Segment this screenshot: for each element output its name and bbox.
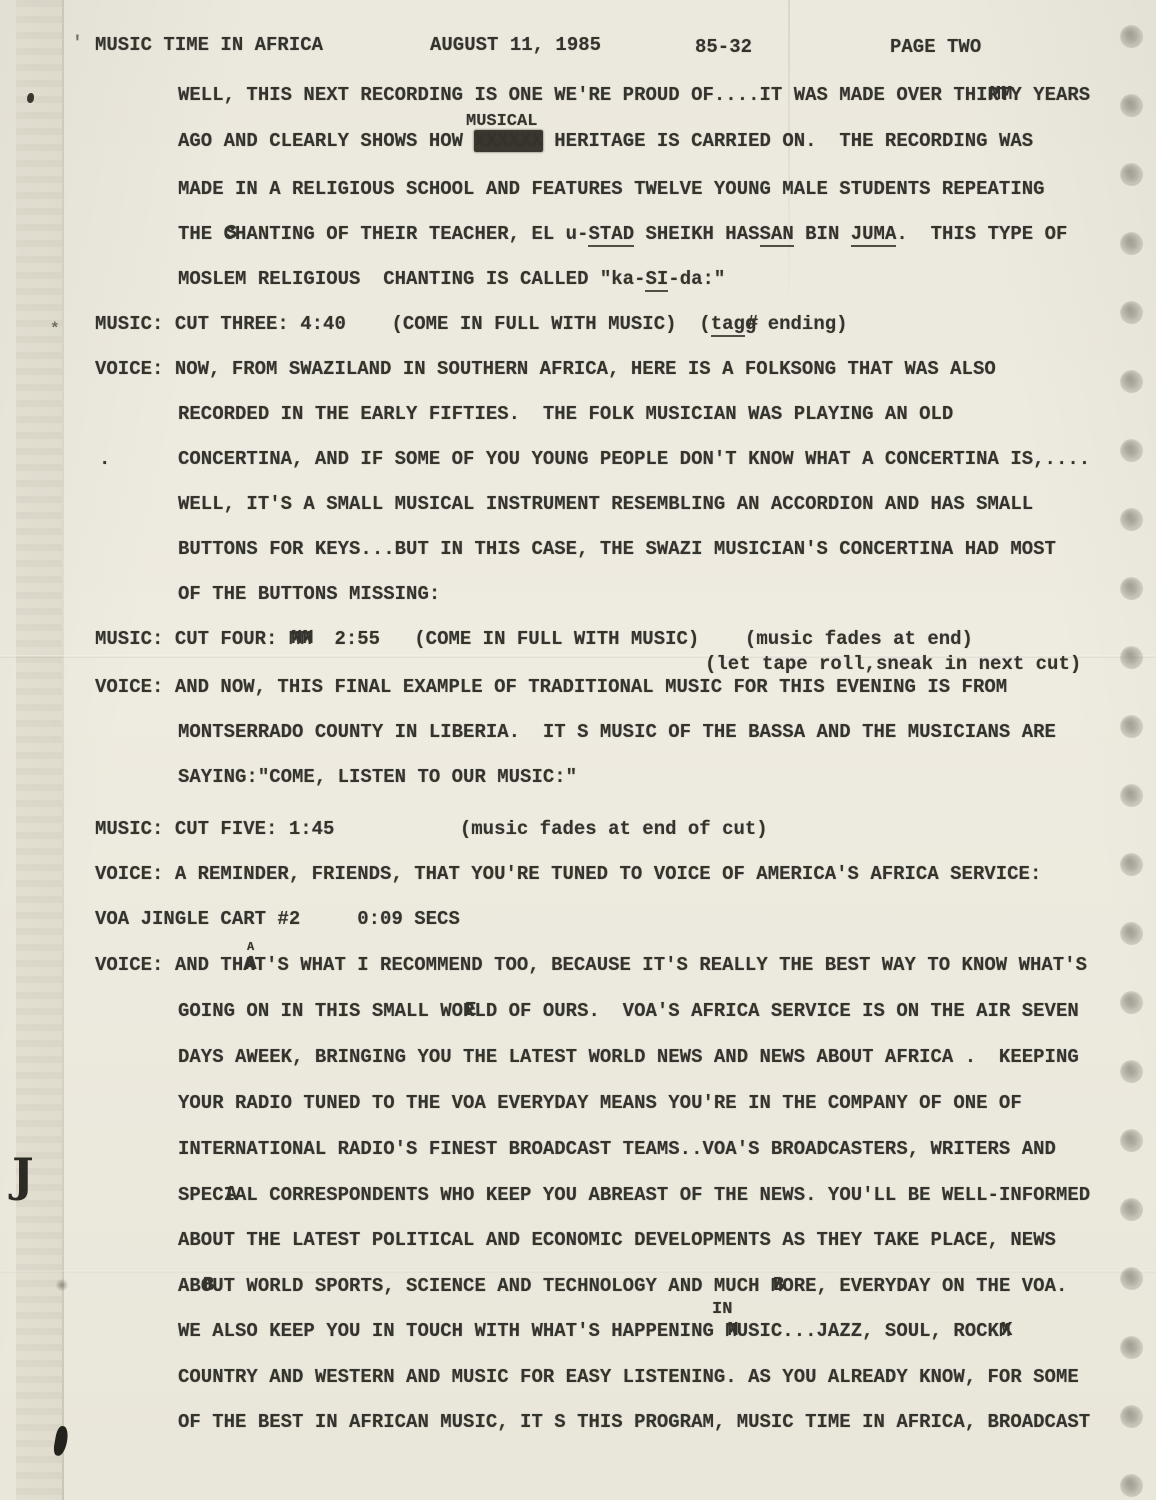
punch-hole [1120, 1405, 1143, 1428]
typed-text: MUSIC: CUT FIVE: 1:45 (music fades at en… [95, 818, 768, 840]
typed-text: THE [178, 223, 224, 245]
punch-hole [1120, 1060, 1143, 1083]
ink-mark: * [50, 320, 60, 338]
typed-line: INTERNATIONAL RADIO'S FINEST BROADCAST T… [178, 1138, 1056, 1160]
typed-line: VOICE: NOW, FROM SWAZILAND IN SOUTHERN A… [95, 358, 996, 380]
typed-text: WELL, IT'S A SMALL MUSICAL INSTRUMENT RE… [178, 493, 1033, 515]
typed-line: VOICE: AND NOW, THIS FINAL EXAMPLE OF TR… [95, 676, 1007, 698]
typed-line: MONTSERRADO COUNTY IN LIBERIA. IT S MUSI… [178, 721, 1056, 743]
binding-edge-strip [16, 0, 62, 1500]
header-script-number: 85-32 [695, 36, 752, 58]
typed-line: THE CHANTING OF THEIR TEACHER, EL u-STAD… [178, 223, 1067, 245]
underlined-text: SI [645, 268, 668, 292]
typed-text: RECORDED IN THE EARLY FIFTIES. THE FOLK … [178, 403, 953, 425]
typed-text: . [99, 448, 110, 470]
typed-text: YOUR RADIO TUNED TO THE VOA EVERYDAY MEA… [178, 1092, 1022, 1114]
punch-hole [1120, 94, 1143, 117]
typed-line: VOICE: A REMINDER, FRIENDS, THAT YOU'RE … [95, 863, 1041, 885]
overstruck-text: RT [988, 84, 1011, 106]
underlined-text: SAN [760, 223, 794, 247]
overstruck-text: R [463, 1000, 474, 1022]
typed-text: INTERNATIONAL RADIO'S FINEST BROADCAST T… [178, 1138, 1056, 1160]
underlined-text: tag [711, 313, 745, 337]
vertical-crease [788, 0, 790, 320]
overstruck-text: C [224, 223, 235, 245]
typed-text: ORE, EVERYDAY ON THE VOA. [782, 1275, 1067, 1297]
typed-insertion: A [247, 941, 254, 953]
typed-text: ABOUT THE LATEST POLITICAL AND ECONOMIC … [178, 1229, 1056, 1251]
overstruck-text: O [201, 1275, 212, 1297]
typed-text: GOING ON IN THIS SMALL WO [178, 1000, 463, 1022]
typed-line: OF THE BUTTONS MISSING: [178, 583, 440, 605]
typed-line: AGO AND CLEARLY SHOWS HOW XXXXXX HERITAG… [178, 130, 1033, 152]
typed-text: VOICE: AND NOW, THIS FINAL EXAMPLE OF TR… [95, 676, 1007, 698]
typed-text: HERITAGE IS CARRIED ON. THE RECORDING WA… [543, 130, 1033, 152]
overstruck-text: MM [289, 628, 312, 650]
typed-line: MADE IN A RELIGIOUS SCHOOL AND FEATURES … [178, 178, 1045, 200]
typed-line: SAYING:"COME, LISTEN TO OUR MUSIC:" [178, 766, 577, 788]
typed-line: BUTTONS FOR KEYS...BUT IN THIS CASE, THE… [178, 538, 1056, 560]
typed-text: USIC...JAZZ, SOUL, ROCK [737, 1320, 999, 1342]
typed-text: VOICE: AND TH [95, 954, 243, 976]
overstruck-text: M [771, 1275, 782, 1297]
typed-text: UT WORLD SPORTS, SCIENCE AND TECHNOLOGY … [212, 1275, 771, 1297]
punch-hole [1120, 1336, 1143, 1359]
punch-hole [1120, 25, 1143, 48]
typed-text: MUSIC: CUT FOUR: [95, 628, 289, 650]
typed-text: MADE IN A RELIGIOUS SCHOOL AND FEATURES … [178, 178, 1045, 200]
typed-insertion: MUSICAL [466, 113, 537, 131]
typed-line: GOING ON IN THIS SMALL WORLD OF OURS. VO… [178, 1000, 1079, 1022]
typed-line: MUSIC: CUT FIVE: 1:45 (music fades at en… [95, 818, 768, 840]
punch-hole [1120, 1267, 1143, 1290]
typed-text: CONCERTINA, AND IF SOME OF YOU YOUNG PEO… [178, 448, 1090, 470]
typed-text: MUSICAL [466, 112, 537, 131]
typed-text: Y YEARS [1010, 84, 1090, 106]
typed-line: YOUR RADIO TUNED TO THE VOA EVERYDAY MEA… [178, 1092, 1022, 1114]
typed-line: MOSLEM RELIGIOUS CHANTING IS CALLED "ka-… [178, 268, 725, 290]
typed-line: WE ALSO KEEP YOU IN TOUCH WITH WHAT'S HA… [178, 1320, 1010, 1342]
overstruck-text: M [725, 1320, 736, 1342]
punch-hole [1120, 577, 1143, 600]
typed-text: IN [712, 1300, 732, 1319]
punch-hole [1120, 784, 1143, 807]
punch-hole [1120, 1198, 1143, 1221]
typed-text: OF THE BUTTONS MISSING: [178, 583, 440, 605]
overstruck-text: I [224, 1184, 235, 1206]
typed-text: BUTTONS FOR KEYS...BUT IN THIS CASE, THE… [178, 538, 1056, 560]
header-page-number: PAGE TWO [890, 36, 981, 58]
typed-text: 2:55 (COME IN FULL WITH MUSIC) (music fa… [312, 628, 973, 650]
typed-text: OF THE BEST IN AFRICAN MUSIC, IT S THIS … [178, 1411, 1090, 1433]
handwritten-mark: J [12, 1148, 34, 1202]
typed-text: DAYS AWEEK, BRINGING YOU THE LATEST WORL… [178, 1046, 1079, 1068]
stray-period: . [99, 448, 110, 470]
typed-text: . THIS TYPE OF [896, 223, 1067, 245]
typed-text: VOICE: A REMINDER, FRIENDS, THAT YOU'RE … [95, 863, 1041, 885]
blotted-text: XXXXXX [474, 130, 542, 152]
typed-text: WELL, THIS NEXT RECORDING IS ONE WE'RE P… [178, 84, 988, 106]
typed-text: ending) [756, 313, 847, 335]
typed-line: SPECIAL CORRESPONDENTS WHO KEEP YOU ABRE… [178, 1184, 1090, 1206]
typed-text: HANTING OF THEIR TEACHER, EL u- [235, 223, 588, 245]
typed-text: COUNTRY AND WESTERN AND MUSIC FOR EASY L… [178, 1366, 1079, 1388]
typed-text: MUSIC: CUT THREE: 4:40 (COME IN FULL WIT… [95, 313, 711, 335]
punch-hole [1120, 853, 1143, 876]
typed-text: VOA JINGLE CART #2 0:09 SECS [95, 908, 460, 930]
punch-hole [1120, 922, 1143, 945]
punch-hole [1120, 370, 1143, 393]
underlined-text: JUMA [851, 223, 897, 247]
typed-line: ABOUT WORLD SPORTS, SCIENCE AND TECHNOLO… [178, 1275, 1067, 1297]
typed-line: (let tape roll,sneak in next cut) [705, 653, 1081, 675]
typed-line: MUSIC: CUT FOUR: MM 2:55 (COME IN FULL W… [95, 628, 973, 650]
typed-line: OF THE BEST IN AFRICAN MUSIC, IT S THIS … [178, 1411, 1090, 1433]
typed-text: MOSLEM RELIGIOUS CHANTING IS CALLED "ka- [178, 268, 645, 290]
header-title: MUSIC TIME IN AFRICA [95, 34, 323, 56]
typed-line: RECORDED IN THE EARLY FIFTIES. THE FOLK … [178, 403, 953, 425]
overstruck-text: M [999, 1320, 1010, 1342]
header-date: AUGUST 11, 1985 [430, 34, 601, 56]
typed-line: COUNTRY AND WESTERN AND MUSIC FOR EASY L… [178, 1366, 1079, 1388]
overstruck-text: g [745, 313, 756, 335]
punch-hole [1120, 163, 1143, 186]
typed-line: VOA JINGLE CART #2 0:09 SECS [95, 908, 460, 930]
punch-hole [1120, 1129, 1143, 1152]
typed-line: WELL, IT'S A SMALL MUSICAL INSTRUMENT RE… [178, 493, 1033, 515]
overstruck-text: A [243, 954, 254, 976]
typed-text: SAYING:"COME, LISTEN TO OUR MUSIC:" [178, 766, 577, 788]
typed-text: A [247, 940, 254, 954]
typed-text: BIN [794, 223, 851, 245]
typed-line: MUSIC: CUT THREE: 4:40 (COME IN FULL WIT… [95, 313, 848, 335]
punch-hole [1120, 991, 1143, 1014]
punch-hole [1120, 646, 1143, 669]
typed-text: SHEIKH HAS [634, 223, 759, 245]
ink-mark [56, 1278, 68, 1292]
typed-text: LD OF OURS. VOA'S AFRICA SERVICE IS ON T… [474, 1000, 1078, 1022]
typed-line: VOICE: AND THAT'S WHAT I RECOMMEND TOO, … [95, 954, 1087, 976]
typed-text: -da:" [668, 268, 725, 290]
punch-hole [1120, 301, 1143, 324]
typed-text: AB [178, 1275, 201, 1297]
typed-text: VOICE: NOW, FROM SWAZILAND IN SOUTHERN A… [95, 358, 996, 380]
typed-line: WELL, THIS NEXT RECORDING IS ONE WE'RE P… [178, 84, 1090, 106]
typed-line: ABOUT THE LATEST POLITICAL AND ECONOMIC … [178, 1229, 1056, 1251]
typed-text: MONTSERRADO COUNTY IN LIBERIA. IT S MUSI… [178, 721, 1056, 743]
typed-text: (let tape roll,sneak in next cut) [705, 653, 1081, 675]
punch-hole [1120, 715, 1143, 738]
typed-text: WE ALSO KEEP YOU IN TOUCH WITH WHAT'S HA… [178, 1320, 725, 1342]
typed-text: SPEC [178, 1184, 224, 1206]
underlined-text: STAD [588, 223, 634, 247]
punch-hole [1120, 508, 1143, 531]
punch-hole [1120, 1474, 1143, 1497]
paper-fold-edge-line [62, 0, 64, 1500]
punch-hole [1120, 232, 1143, 255]
typed-text: AL CORRESPONDENTS WHO KEEP YOU ABREAST O… [235, 1184, 1090, 1206]
typed-text: T'S WHAT I RECOMMEND TOO, BECAUSE IT'S R… [255, 954, 1087, 976]
scanned-typescript-page: MUSIC TIME IN AFRICA AUGUST 11, 1985 85-… [0, 0, 1156, 1500]
typed-text: AGO AND CLEARLY SHOWS HOW [178, 130, 474, 152]
typed-insertion: IN [712, 1301, 732, 1319]
typed-line: DAYS AWEEK, BRINGING YOU THE LATEST WORL… [178, 1046, 1079, 1068]
typed-line: CONCERTINA, AND IF SOME OF YOU YOUNG PEO… [178, 448, 1090, 470]
ink-mark: ' [72, 34, 83, 54]
punch-hole [1120, 439, 1143, 462]
horizontal-crease-lower [0, 1270, 1156, 1273]
